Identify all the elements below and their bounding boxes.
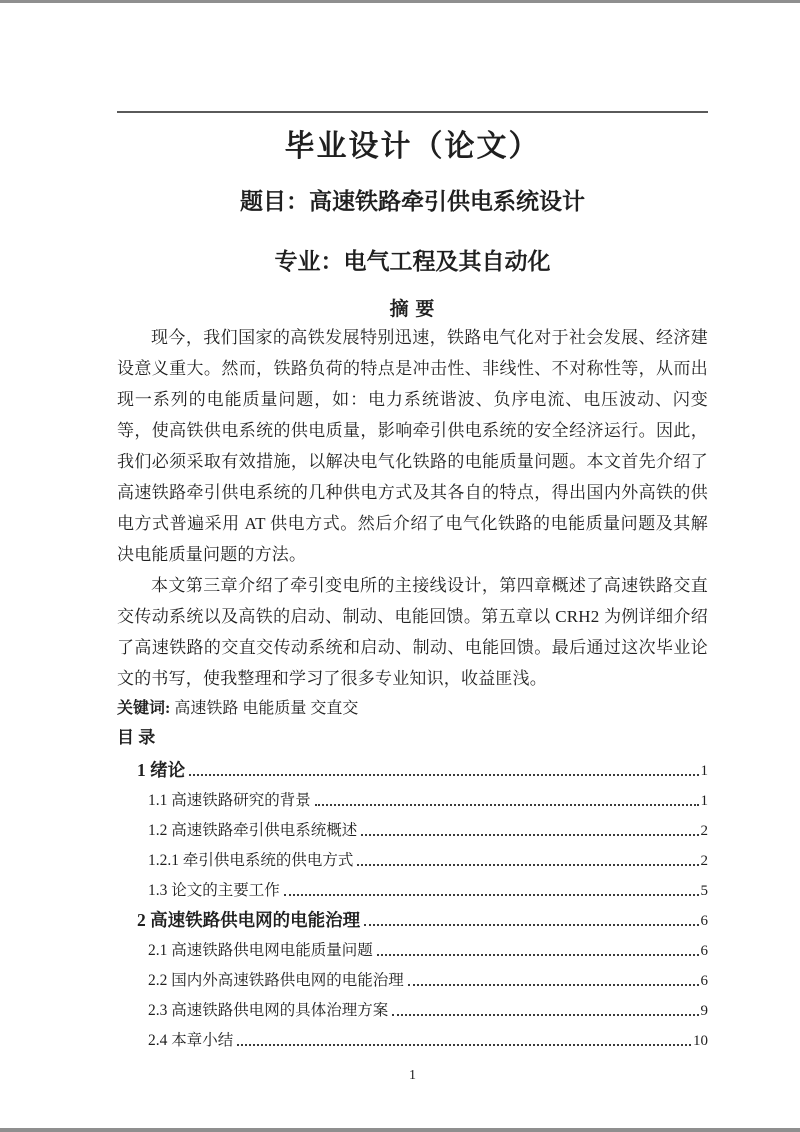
toc-leader-dots [357, 864, 698, 866]
toc-entry-label: 1.2.1 牵引供电系统的供电方式 [117, 849, 353, 873]
toc-entry: 1.1 高速铁路研究的背景 1 [117, 783, 708, 813]
title-rule [117, 111, 708, 113]
toc-list: 1 绪论 1 1.1 高速铁路研究的背景 1 1.2 高速铁路牵引供电系统概述 … [117, 753, 708, 1053]
toc-entry: 2.4 本章小结 10 [117, 1023, 708, 1053]
abstract-paragraph: 本文第三章介绍了牵引变电所的主接线设计，第四章概述了高速铁路交直交传动系统以及高… [117, 570, 708, 694]
keywords-text: 高速铁路 电能质量 交直交 [174, 700, 358, 717]
toc-entry-page: 10 [693, 1029, 708, 1053]
toc-entry-label: 2.4 本章小结 [117, 1029, 233, 1053]
toc-leader-dots [237, 1044, 691, 1046]
toc-entry-label: 1.3 论文的主要工作 [117, 879, 280, 903]
toc-entry: 2.3 高速铁路供电网的具体治理方案 9 [117, 993, 708, 1023]
toc-entry: 1.3 论文的主要工作 5 [117, 873, 708, 903]
toc-entry: 1 绪论 1 [117, 753, 708, 783]
toc-entry-page: 1 [701, 759, 709, 783]
toc-entry-page: 9 [701, 999, 709, 1023]
toc-entry-label: 2 高速铁路供电网的电能治理 [117, 907, 360, 933]
toc-leader-dots [284, 894, 699, 896]
toc-entry-label: 1.1 高速铁路研究的背景 [117, 789, 311, 813]
toc-entry-label: 2.3 高速铁路供电网的具体治理方案 [117, 999, 388, 1023]
toc-entry-page: 2 [701, 849, 709, 873]
toc-leader-dots [189, 774, 698, 776]
keywords-label: 关键词: [117, 700, 170, 717]
toc-leader-dots [361, 834, 698, 836]
toc-entry: 1.2 高速铁路牵引供电系统概述 2 [117, 813, 708, 843]
toc-entry-page: 2 [701, 819, 709, 843]
toc-leader-dots [408, 984, 699, 986]
page-content: 毕业设计（论文） 题目：高速铁路牵引供电系统设计 专业：电气工程及其自动化 摘 … [117, 0, 708, 1085]
toc-entry: 1.2.1 牵引供电系统的供电方式 2 [117, 843, 708, 873]
toc-entry-page: 6 [701, 939, 709, 963]
toc-entry-page: 1 [701, 789, 709, 813]
toc-entry-page: 5 [701, 879, 709, 903]
toc-entry: 2.1 高速铁路供电网电能质量问题 6 [117, 933, 708, 963]
major-line: 专业：电气工程及其自动化 [117, 248, 708, 276]
toc-entry: 2 高速铁路供电网的电能治理 6 [117, 903, 708, 933]
abstract-heading: 摘 要 [117, 298, 708, 322]
page-edge-bottom [0, 1128, 800, 1132]
abstract-paragraph: 现今，我们国家的高铁发展特别迅速，铁路电气化对于社会发展、经济建设意义重大。然而… [117, 322, 708, 570]
toc-entry-label: 2.2 国内外高速铁路供电网的电能治理 [117, 969, 404, 993]
keywords-line: 关键词: 高速铁路 电能质量 交直交 [117, 694, 708, 723]
toc-entry-page: 6 [701, 909, 709, 933]
abstract-body: 现今，我们国家的高铁发展特别迅速，铁路电气化对于社会发展、经济建设意义重大。然而… [117, 322, 708, 694]
page-number: 1 [117, 1067, 708, 1085]
toc-entry-label: 1.2 高速铁路牵引供电系统概述 [117, 819, 357, 843]
toc-entry: 2.2 国内外高速铁路供电网的电能治理 6 [117, 963, 708, 993]
toc-heading: 目 录 [117, 723, 708, 753]
toc-entry-page: 6 [701, 969, 709, 993]
toc-leader-dots [377, 954, 699, 956]
page-title: 毕业设计（论文） [117, 128, 708, 166]
toc-entry-label: 1 绪论 [117, 757, 185, 783]
toc-leader-dots [315, 804, 699, 806]
toc-leader-dots [392, 1014, 698, 1016]
topic-line: 题目：高速铁路牵引供电系统设计 [117, 188, 708, 216]
toc-leader-dots [364, 924, 698, 926]
toc-entry-label: 2.1 高速铁路供电网电能质量问题 [117, 939, 373, 963]
